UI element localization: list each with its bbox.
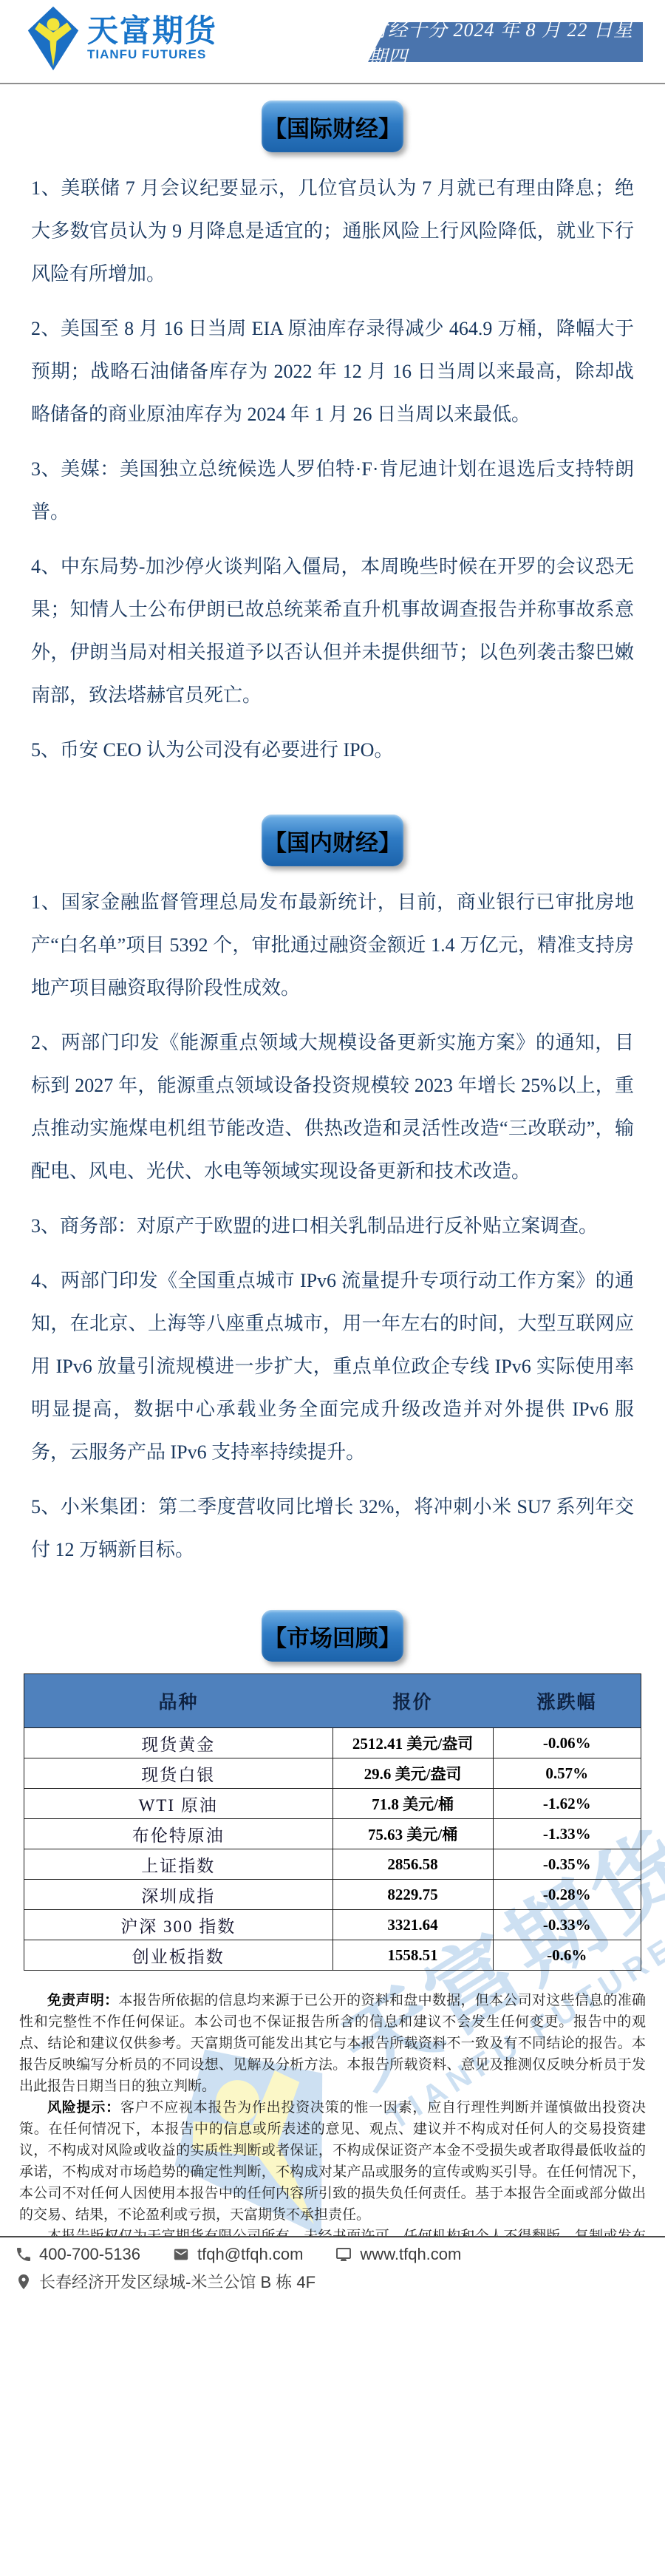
- cell-variety: 创业板指数: [24, 1940, 333, 1971]
- news-item: 5、币安 CEO 认为公司没有必要进行 IPO。: [31, 729, 634, 772]
- cell-price: 75.63 美元/桶: [332, 1819, 493, 1849]
- cell-change: -0.06%: [493, 1728, 641, 1758]
- column-header-variety: 品种: [24, 1674, 333, 1728]
- risk-label: 风险提示：: [47, 2100, 120, 2115]
- cell-change: -0.6%: [493, 1940, 641, 1971]
- monitor-icon: [334, 2246, 353, 2263]
- footer-phone-text: 400-700-5136: [39, 2245, 140, 2264]
- news-item: 4、两部门印发《全国重点城市 IPv6 流量提升专项行动工作方案》的通知，在北京…: [31, 1260, 634, 1474]
- cell-price: 71.8 美元/桶: [332, 1789, 493, 1819]
- logo-title-cn: 天富期货: [87, 15, 217, 47]
- cell-price: 2512.41 美元/盎司: [332, 1728, 493, 1758]
- table-row: 创业板指数 1558.51 -0.6%: [24, 1940, 641, 1971]
- news-item: 2、两部门印发《能源重点领域大规模设备更新实施方案》的通知，目标到 2027 年…: [31, 1022, 634, 1193]
- footer-address-text: 长春经济开发区绿城-米兰公馆 B 栋 4F: [39, 2270, 316, 2293]
- page-header: 天富期货 TIANFU FUTURES 财经十分 2024 年 8 月 22 日…: [0, 0, 665, 84]
- table-row: 上证指数 2856.58 -0.35%: [24, 1849, 641, 1880]
- news-item: 1、美联储 7 月会议纪要显示，几位官员认为 7 月就已有理由降息；绝大多数官员…: [31, 167, 634, 296]
- cell-variety: WTI 原油: [24, 1789, 333, 1819]
- table-row: 布伦特原油 75.63 美元/桶 -1.33%: [24, 1819, 641, 1849]
- cell-variety: 现货白银: [24, 1758, 333, 1789]
- cell-change: -0.28%: [493, 1880, 641, 1910]
- table-row: 沪深 300 指数 3321.64 -0.33%: [24, 1910, 641, 1940]
- table-row: 现货黄金 2512.41 美元/盎司 -0.06%: [24, 1728, 641, 1758]
- news-item: 2、美国至 8 月 16 日当周 EIA 原油库存录得减少 464.9 万桶，降…: [31, 307, 634, 436]
- news-item: 3、美媒：美国独立总统候选人罗伯特·F·肯尼迪计划在退选后支持特朗普。: [31, 448, 634, 534]
- footer-website[interactable]: www.tfqh.com: [334, 2245, 461, 2264]
- table-row: WTI 原油 71.8 美元/桶 -1.62%: [24, 1789, 641, 1819]
- section-button-market-review[interactable]: 【市场回顾】: [262, 1610, 403, 1662]
- cell-change: -1.62%: [493, 1789, 641, 1819]
- cell-variety: 现货黄金: [24, 1728, 333, 1758]
- logo-title-en: TIANFU FUTURES: [87, 47, 217, 62]
- table-header-row: 品种 报价 涨跌幅: [24, 1674, 641, 1728]
- footer-email-text: tfqh@tfqh.com: [197, 2245, 303, 2264]
- column-header-change: 涨跌幅: [493, 1674, 641, 1728]
- risk-text: 客户不应视本报告为作出投资决策的惟一因素，应自行理性判断并谨慎做出投资决策。在任…: [19, 2100, 646, 2223]
- news-item: 1、国家金融监督管理总局发布最新统计，目前，商业银行已审批房地产“白名单”项目 …: [31, 881, 634, 1010]
- disclaimer-paragraph: 免责声明：本报告所依据的信息均来源于已公开的资料和盘中数据，但本公司对这些信息的…: [19, 1990, 646, 2097]
- risk-paragraph: 风险提示：客户不应视本报告为作出投资决策的惟一因素，应自行理性判断并谨慎做出投资…: [19, 2097, 646, 2226]
- column-header-price: 报价: [332, 1674, 493, 1728]
- footer-phone: 400-700-5136: [15, 2245, 140, 2264]
- domestic-news-list: 1、国家金融监督管理总局发布最新统计，目前，商业银行已审批房地产“白名单”项目 …: [0, 881, 665, 1571]
- cell-change: -0.33%: [493, 1910, 641, 1940]
- footer-website-text: www.tfqh.com: [360, 2245, 461, 2264]
- phone-icon: [15, 2246, 33, 2263]
- page-footer: 400-700-5136 tfqh@tfqh.com www.tfqh.com …: [0, 2236, 665, 2311]
- cell-variety: 沪深 300 指数: [24, 1910, 333, 1940]
- cell-price: 29.6 美元/盎司: [332, 1758, 493, 1789]
- date-banner: 财经十分 2024 年 8 月 22 日星期四: [368, 22, 643, 62]
- table-row: 现货白银 29.6 美元/盎司 0.57%: [24, 1758, 641, 1789]
- envelope-icon: [171, 2246, 191, 2263]
- cell-price: 2856.58: [332, 1849, 493, 1880]
- news-item: 5、小米集团：第二季度营收同比增长 32%，将冲刺小米 SU7 系列年交付 12…: [31, 1486, 634, 1571]
- cell-change: -1.33%: [493, 1819, 641, 1849]
- cell-variety: 布伦特原油: [24, 1819, 333, 1849]
- news-item: 3、商务部：对原产于欧盟的进口相关乳制品进行反补贴立案调查。: [31, 1205, 634, 1248]
- footer-address: 长春经济开发区绿城-米兰公馆 B 栋 4F: [15, 2270, 316, 2293]
- footer-email[interactable]: tfqh@tfqh.com: [171, 2245, 303, 2264]
- cell-change: -0.35%: [493, 1849, 641, 1880]
- cell-change: 0.57%: [493, 1758, 641, 1789]
- disclaimer-label: 免责声明：: [47, 1993, 118, 2008]
- news-item: 4、中东局势-加沙停火谈判陷入僵局，本周晚些时候在开罗的会议恐无果；知情人士公布…: [31, 546, 634, 717]
- section-button-domestic[interactable]: 【国内财经】: [262, 815, 403, 866]
- table-row: 深圳成指 8229.75 -0.28%: [24, 1880, 641, 1910]
- market-table: 品种 报价 涨跌幅 现货黄金 2512.41 美元/盎司 -0.06% 现货白银…: [24, 1673, 641, 1971]
- cell-price: 8229.75: [332, 1880, 493, 1910]
- tianfu-diamond-icon: [27, 4, 80, 72]
- cell-variety: 深圳成指: [24, 1880, 333, 1910]
- tianfu-logo: 天富期货 TIANFU FUTURES: [27, 4, 217, 72]
- cell-price: 3321.64: [332, 1910, 493, 1940]
- location-pin-icon: [15, 2272, 33, 2291]
- cell-variety: 上证指数: [24, 1849, 333, 1880]
- section-button-international[interactable]: 【国际财经】: [262, 101, 403, 152]
- cell-price: 1558.51: [332, 1940, 493, 1971]
- bulletin-page: 天富期货 TIANFU FUTURES 天富期货 TIANFU FUTURES …: [0, 0, 665, 2576]
- international-news-list: 1、美联储 7 月会议纪要显示，几位官员认为 7 月就已有理由降息；绝大多数官员…: [0, 167, 665, 772]
